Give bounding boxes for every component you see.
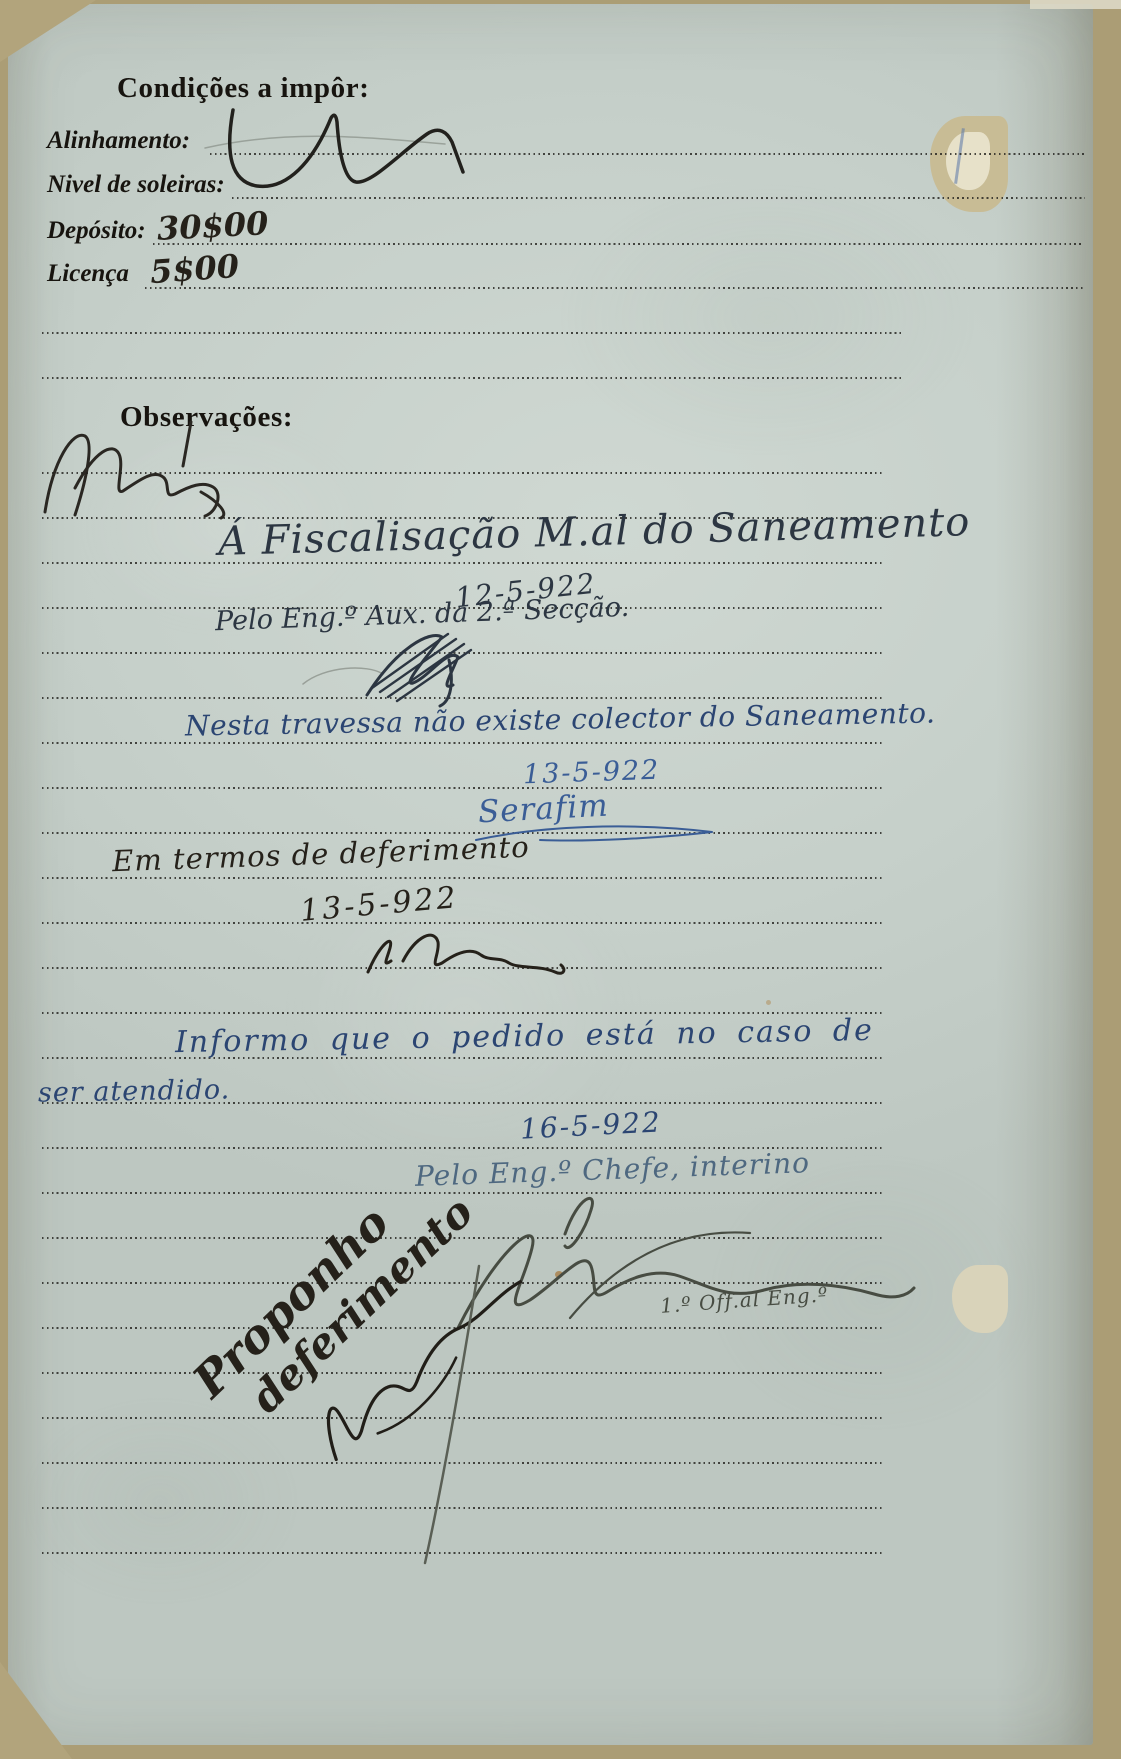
field-label-alinhamento: Alinhamento: [47, 127, 190, 155]
field-label-licenca: Licença [47, 260, 129, 288]
observations-scribble-signature [33, 420, 248, 518]
dispatch3-signature [358, 920, 573, 980]
stain-dot-small [766, 1000, 771, 1005]
dotted-line [42, 377, 904, 379]
long-pen-stroke [405, 1258, 490, 1568]
dotted-line [42, 877, 884, 879]
dispatch2-date: 13-5-922 [523, 757, 661, 789]
licenca-value-handwritten: 5$00 [149, 250, 240, 288]
alignment-scribble [195, 98, 485, 206]
dispatch4-line2: ser atendido. [38, 1076, 231, 1106]
dotted-line [153, 243, 1083, 245]
dotted-line [42, 472, 884, 474]
dotted-line [42, 787, 884, 789]
page-edge-top-right-sliver [1030, 0, 1121, 9]
dotted-line [42, 1057, 884, 1059]
deposito-value-handwritten: 30$00 [156, 207, 269, 245]
torn-notch-mid-right [952, 1265, 1008, 1333]
dotted-line [42, 1012, 884, 1014]
torn-notch-top-right-highlight [946, 132, 990, 190]
dispatch1-signature [295, 618, 495, 710]
dotted-line [42, 742, 884, 744]
dotted-line [42, 562, 884, 564]
dotted-line [42, 332, 904, 334]
scanned-page: Condições a impôr: Alinhamento: Nivel de… [0, 0, 1121, 1759]
field-label-deposito: Depósito: [47, 217, 146, 245]
dispatch4-date: 16-5-922 [519, 1108, 662, 1143]
dotted-line [145, 287, 1083, 289]
